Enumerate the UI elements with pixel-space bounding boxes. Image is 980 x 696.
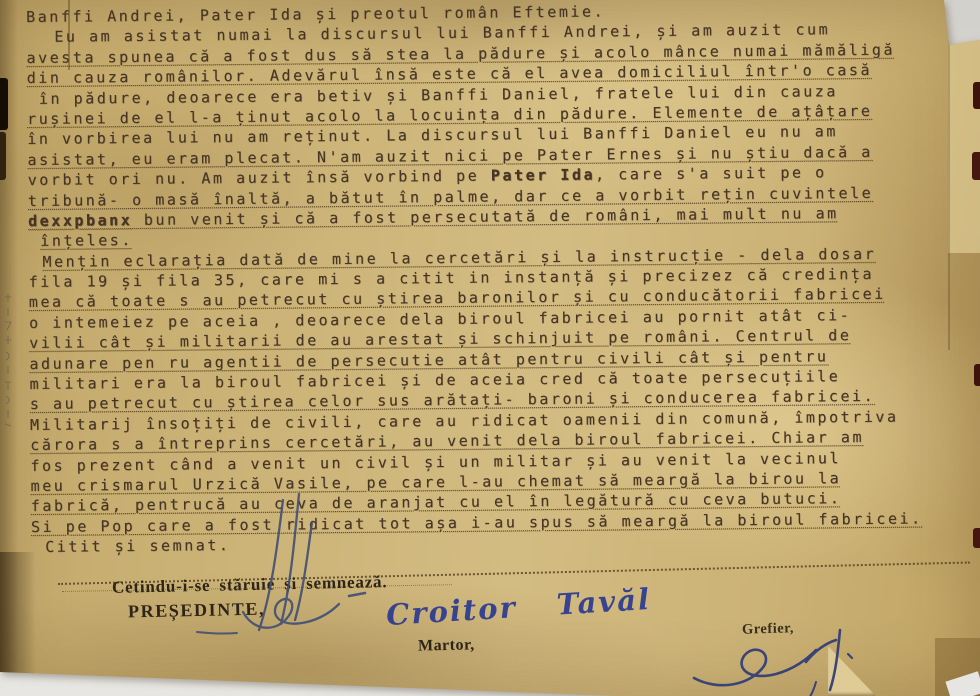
bottom-left-shadow [0,552,36,696]
president-signature [215,492,375,652]
archival-mark-left [2,292,14,432]
typed-text: Banffi Andrei, Pater Ida și preotul româ… [26,0,980,558]
clerk-signature [688,628,868,696]
paper-sheet: Banffi Andrei, Pater Ida și preotul româ… [0,0,980,696]
left-edge-dark-patch [0,78,8,130]
left-edge-dark-patch [0,132,6,180]
witness-signature: Croitor Tavăl [385,582,652,632]
witness-label: Martor, [418,636,475,655]
document-scan: Banffi Andrei, Pater Ida și preotul româ… [0,0,980,696]
paper-wrap: Banffi Andrei, Pater Ida și preotul româ… [0,0,980,696]
